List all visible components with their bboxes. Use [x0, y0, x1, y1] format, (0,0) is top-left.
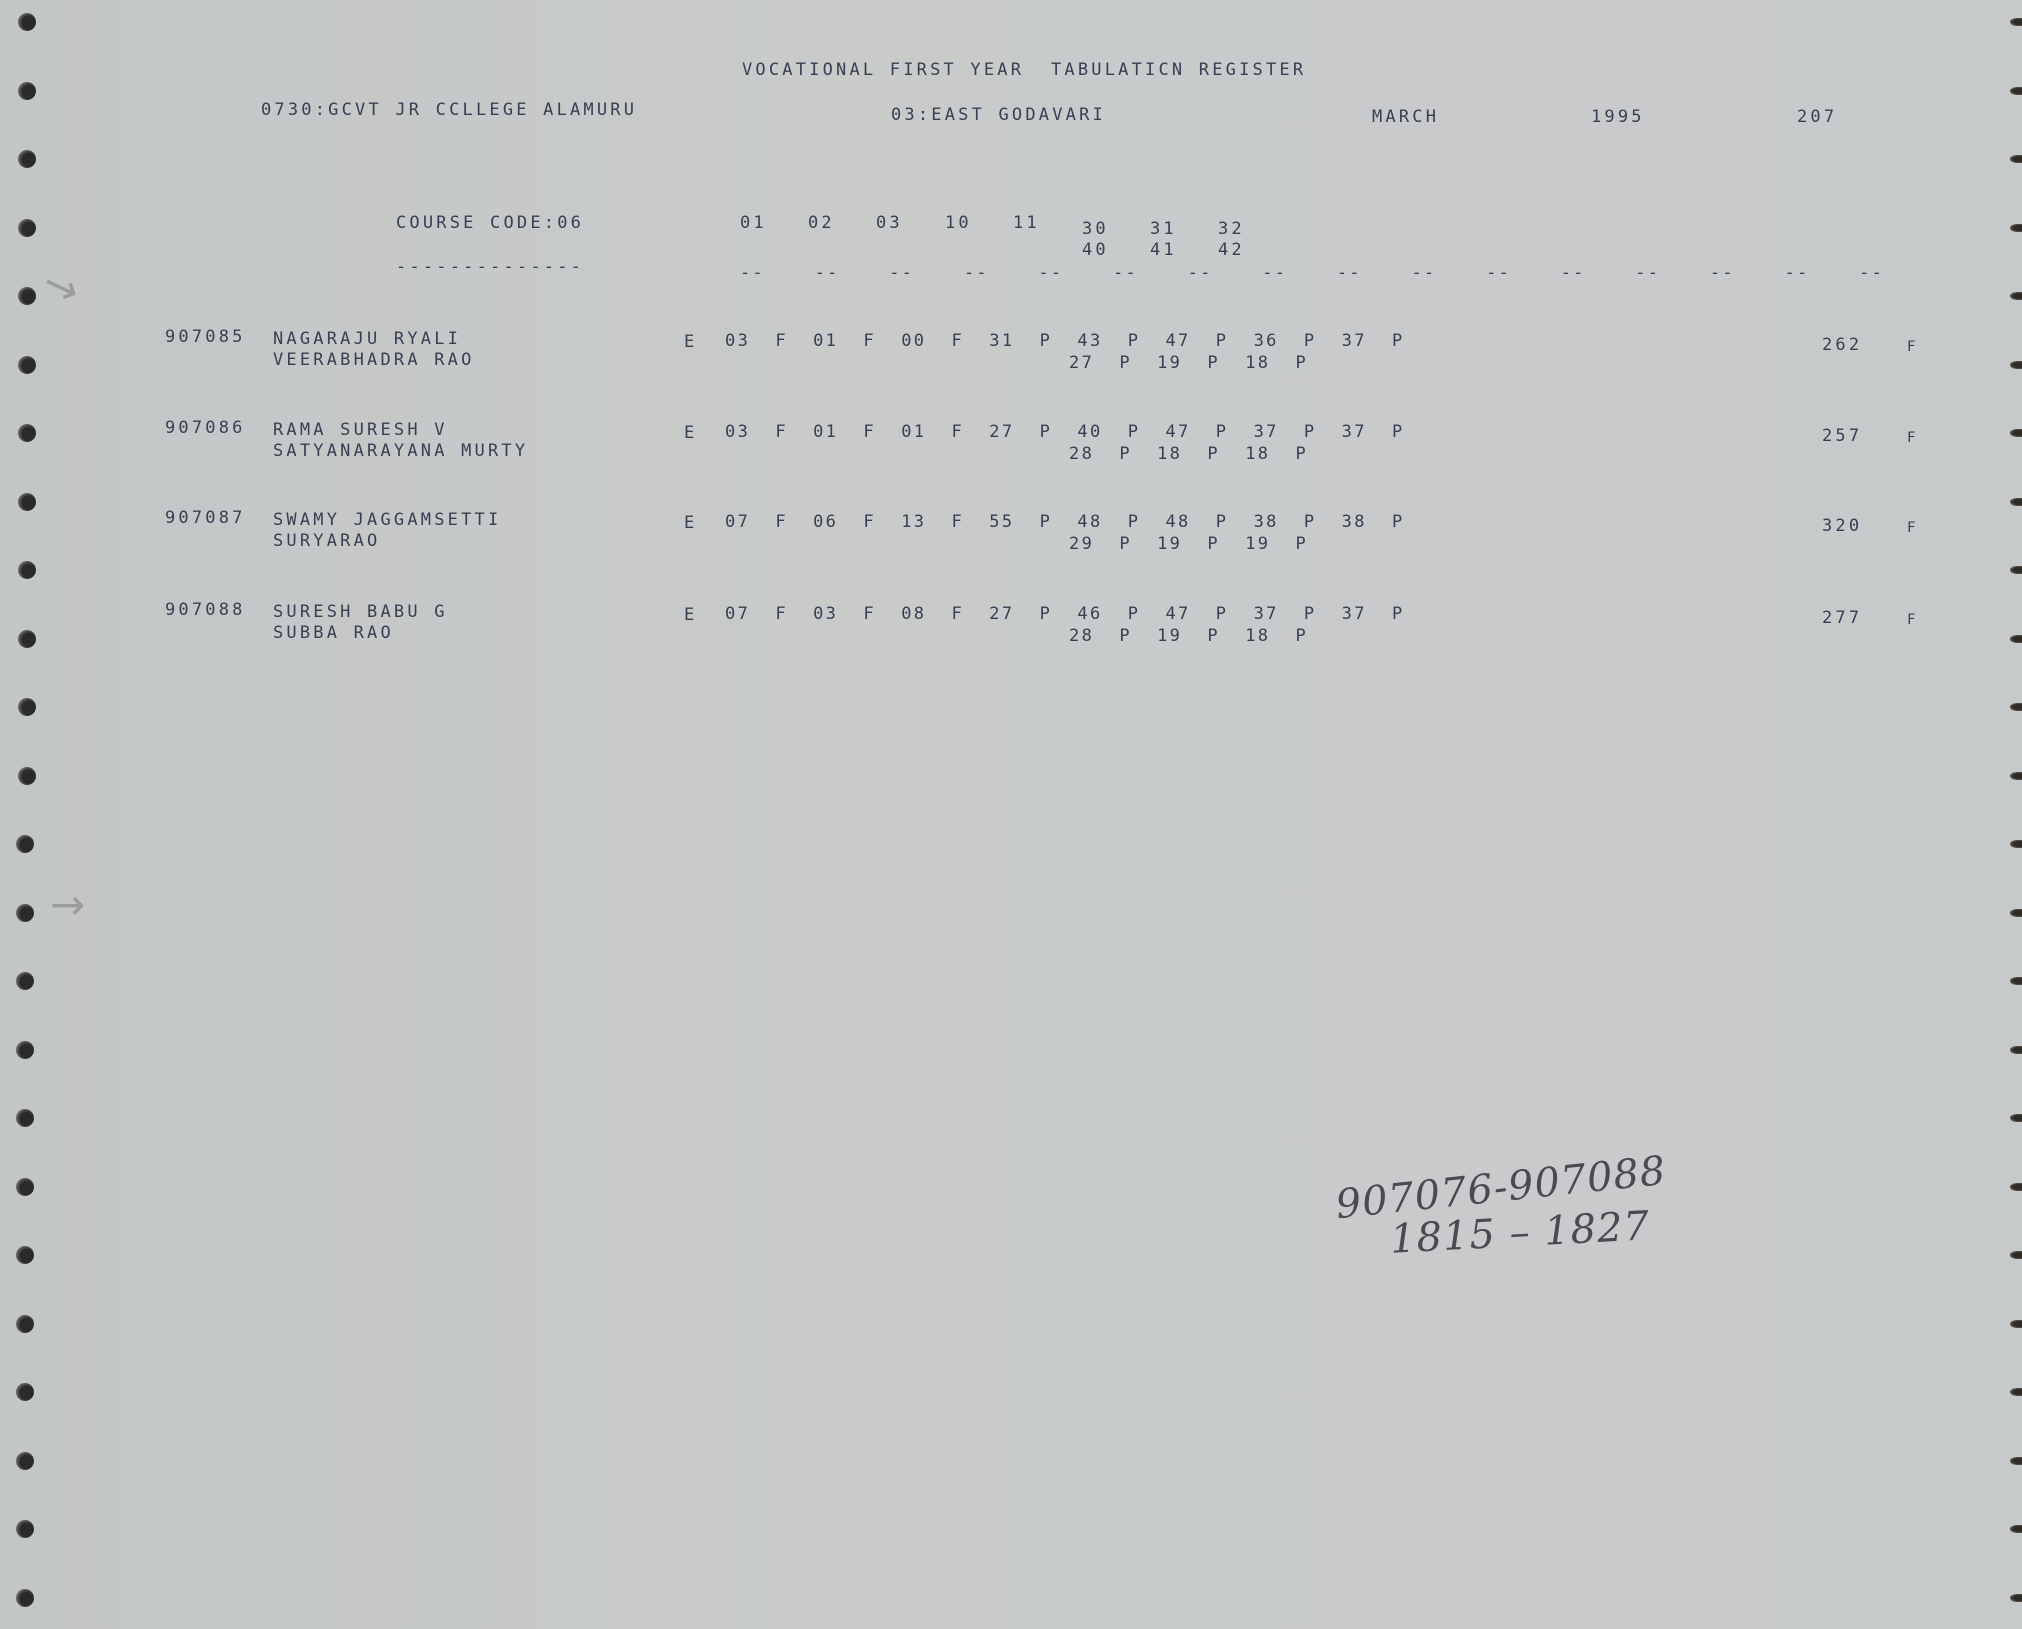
total-marks: 277 [1822, 608, 1862, 628]
feed-hole [18, 424, 36, 442]
result: F [1907, 610, 1919, 630]
marks-row1: 03 F 01 F 00 F 31 P 43 P 47 P 36 P 37 P [725, 331, 1405, 351]
feed-hole [2010, 292, 2022, 300]
father-name: VEERABHADRA RAO [273, 350, 475, 370]
feed-hole [2010, 1251, 2022, 1259]
total-marks: 262 [1822, 335, 1862, 355]
column-dashes: -- -- -- -- -- -- -- -- -- -- -- -- -- -… [740, 263, 1884, 283]
feed-hole [16, 972, 34, 990]
feed-hole [18, 219, 36, 237]
feed-hole [16, 1452, 34, 1470]
district-name: 03:EAST GODAVARI [891, 105, 1106, 125]
feed-hole [18, 13, 36, 31]
roll-number: 907087 [165, 508, 246, 528]
subject-code: 10 [945, 213, 972, 233]
feed-hole [2010, 87, 2022, 95]
register-title: VOCATIONAL FIRST YEAR TABULATICN REGISTE… [742, 60, 1306, 80]
marks-row2: 28 P 18 P 18 P [1069, 444, 1308, 464]
feed-hole [2010, 1525, 2022, 1533]
feed-hole [2010, 18, 2022, 26]
subject-code: 42 [1218, 240, 1245, 260]
result: F [1907, 428, 1919, 448]
student-name: SURESH BABU G [273, 602, 448, 622]
feed-hole [2010, 1320, 2022, 1328]
feed-hole [2010, 1388, 2022, 1396]
feed-hole [16, 1589, 34, 1607]
feed-hole [18, 630, 36, 648]
feed-hole [16, 1109, 34, 1127]
feed-hole [18, 767, 36, 785]
subject-code: 32 [1218, 219, 1245, 239]
feed-hole [16, 1246, 34, 1264]
feed-hole [2010, 1114, 2022, 1122]
course-code-underline: -------------- [396, 257, 584, 277]
pencil-arrow-mark: → [50, 880, 85, 929]
pencil-arrow-mark: → [35, 257, 88, 316]
roll-number: 907085 [165, 327, 246, 347]
feed-hole [18, 150, 36, 168]
feed-hole [2010, 772, 2022, 780]
subject-code: 03 [876, 213, 903, 233]
exam-month: MARCH [1372, 107, 1439, 127]
subject-code: 31 [1150, 219, 1177, 239]
feed-hole [18, 82, 36, 100]
subject-code: 11 [1013, 213, 1040, 233]
total-marks: 320 [1822, 516, 1862, 536]
subject-code: 30 [1082, 219, 1109, 239]
course-code-label: COURSE CODE:06 [396, 213, 584, 233]
marks-row1: 07 F 06 F 13 F 55 P 48 P 48 P 38 P 38 P [725, 512, 1405, 532]
roll-number: 907088 [165, 600, 246, 620]
feed-hole [2010, 429, 2022, 437]
father-name: SURYARAO [273, 531, 380, 551]
father-name: SUBBA RAO [273, 623, 394, 643]
feed-hole [2010, 635, 2022, 643]
medium: E [684, 332, 697, 352]
feed-hole [2010, 224, 2022, 232]
marks-row1: 03 F 01 F 01 F 27 P 40 P 47 P 37 P 37 P [725, 422, 1405, 442]
feed-hole [2010, 566, 2022, 574]
medium: E [684, 513, 697, 533]
student-name: RAMA SURESH V [273, 420, 448, 440]
feed-hole [16, 1315, 34, 1333]
roll-number: 907086 [165, 418, 246, 438]
feed-hole [2010, 361, 2022, 369]
exam-year: 1995 [1591, 107, 1645, 127]
feed-hole [16, 1178, 34, 1196]
result: F [1907, 518, 1919, 538]
feed-hole [2010, 1046, 2022, 1054]
feed-hole [18, 356, 36, 374]
feed-hole [16, 1383, 34, 1401]
subject-code: 01 [740, 213, 767, 233]
feed-hole [18, 287, 36, 305]
feed-hole [2010, 909, 2022, 917]
feed-hole [2010, 840, 2022, 848]
feed-hole [2010, 498, 2022, 506]
feed-hole [2010, 977, 2022, 985]
marks-row1: 07 F 03 F 08 F 27 P 46 P 47 P 37 P 37 P [725, 604, 1405, 624]
result: F [1907, 337, 1919, 357]
feed-hole [16, 904, 34, 922]
medium: E [684, 605, 697, 625]
feed-hole [16, 835, 34, 853]
feed-hole [2010, 1594, 2022, 1602]
marks-row2: 27 P 19 P 18 P [1069, 353, 1308, 373]
marks-row2: 29 P 19 P 19 P [1069, 534, 1308, 554]
father-name: SATYANARAYANA MURTY [273, 441, 528, 461]
subject-code: 02 [808, 213, 835, 233]
feed-hole [16, 1041, 34, 1059]
total-marks: 257 [1822, 426, 1862, 446]
feed-hole [18, 698, 36, 716]
feed-hole [16, 1520, 34, 1538]
feed-hole [2010, 155, 2022, 163]
feed-hole [2010, 1183, 2022, 1191]
tabulation-register-page: VOCATIONAL FIRST YEAR TABULATICN REGISTE… [0, 0, 2022, 1629]
subject-code: 41 [1150, 240, 1177, 260]
feed-hole [18, 561, 36, 579]
marks-row2: 28 P 19 P 18 P [1069, 626, 1308, 646]
feed-hole [2010, 703, 2022, 711]
feed-hole [18, 493, 36, 511]
student-name: SWAMY JAGGAMSETTI [273, 510, 501, 530]
page-number: 207 [1797, 107, 1837, 127]
medium: E [684, 423, 697, 443]
feed-hole [2010, 1457, 2022, 1465]
college-name: 0730:GCVT JR CCLLEGE ALAMURU [261, 100, 637, 120]
student-name: NAGARAJU RYALI [273, 329, 461, 349]
subject-code: 40 [1082, 240, 1109, 260]
